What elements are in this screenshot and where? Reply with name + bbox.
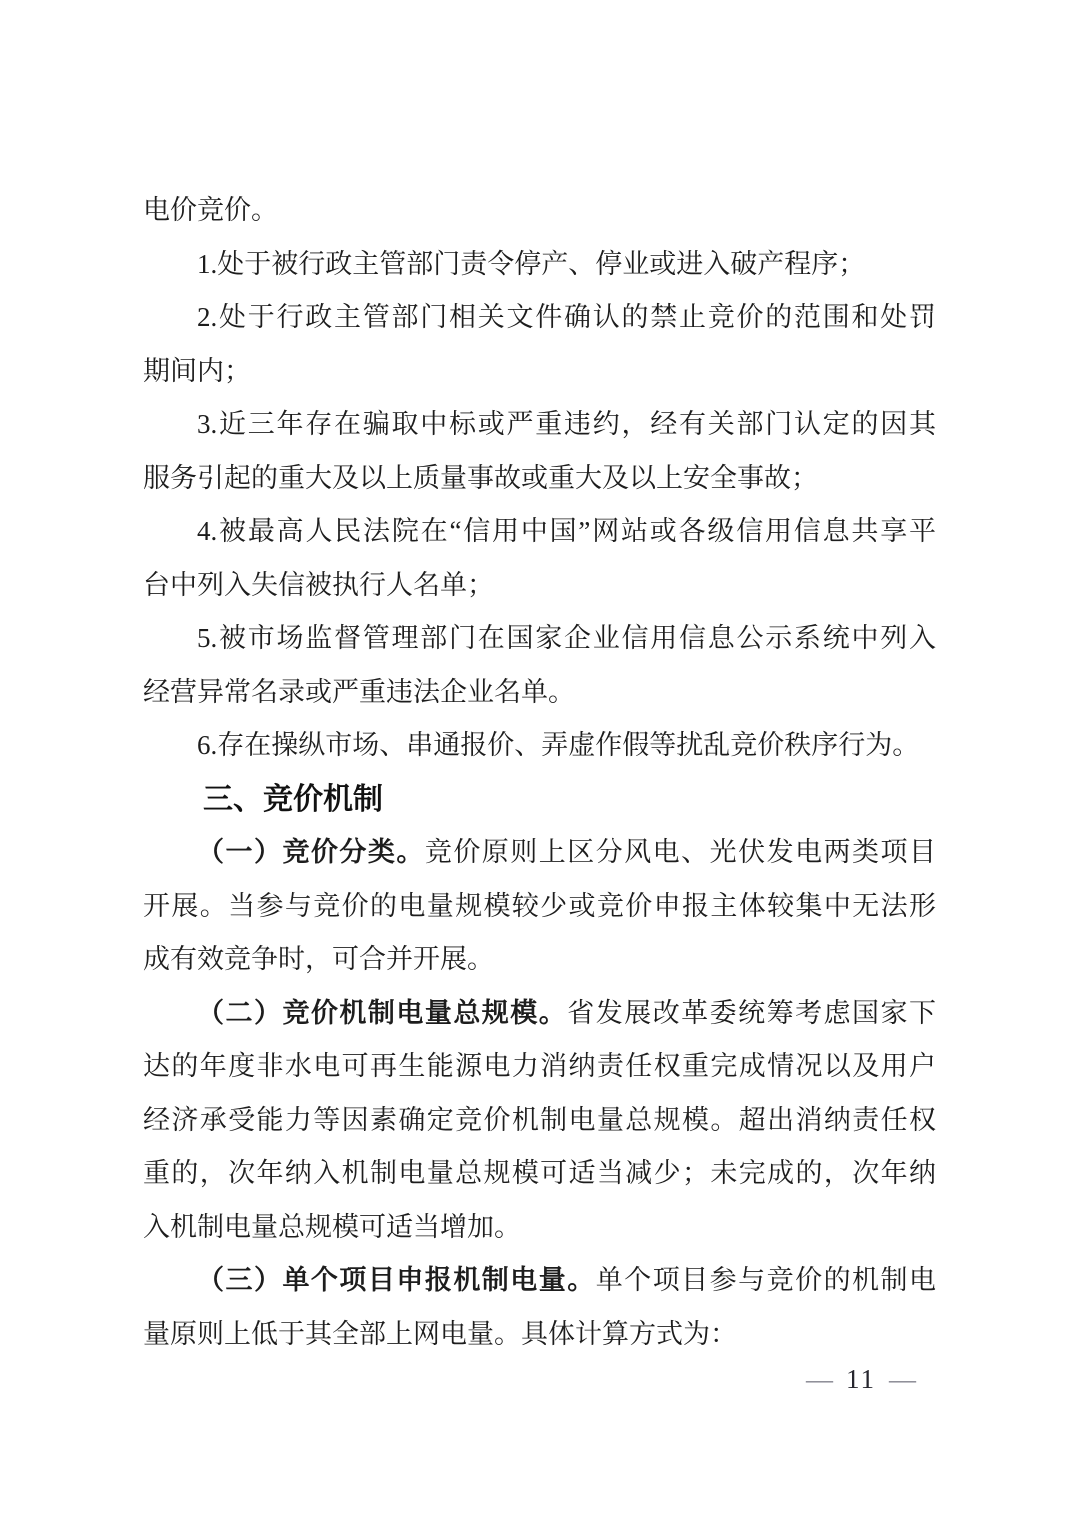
body-line: 成有效竞争时，可合并开展。 xyxy=(143,933,936,987)
clause-title: （二）竞价机制电量总规模。 xyxy=(197,998,567,1028)
body-line: 台中列入失信被执行人名单； xyxy=(143,559,936,613)
page-number-dash-right: — xyxy=(889,1364,916,1395)
body-line: 量原则上低于其全部上网电量。具体计算方式为： xyxy=(143,1308,936,1362)
body-line: 电价竞价。 xyxy=(143,184,936,238)
body-line: 2.处于行政主管部门相关文件确认的禁止竞价的范围和处罚 xyxy=(143,291,936,345)
page-number-dash-left: — xyxy=(806,1364,833,1395)
body-line: 4.被最高人民法院在“信用中国”网站或各级信用信息共享平 xyxy=(143,505,936,559)
body-line: （二）竞价机制电量总规模。省发展改革委统筹考虑国家下 xyxy=(143,987,936,1041)
body-line: 开展。当参与竞价的电量规模较少或竞价申报主体较集中无法形 xyxy=(143,880,936,934)
body-line: 重的，次年纳入机制电量总规模可适当减少；未完成的，次年纳 xyxy=(143,1147,936,1201)
body-line: （三）单个项目申报机制电量。单个项目参与竞价的机制电 xyxy=(143,1254,936,1308)
body-line: 6.存在操纵市场、串通报价、弄虚作假等扰乱竞价秩序行为。 xyxy=(143,719,936,773)
body-line: 期间内； xyxy=(143,345,936,399)
section-heading: 三、竞价机制 xyxy=(143,773,936,827)
document-body: 电价竞价。 1.处于被行政主管部门责令停产、停业或进入破产程序； 2.处于行政主… xyxy=(143,184,936,1361)
body-line: 入机制电量总规模可适当增加。 xyxy=(143,1201,936,1255)
body-line: （一）竞价分类。竞价原则上区分风电、光伏发电两类项目 xyxy=(143,826,936,880)
clause-title: （三）单个项目申报机制电量。 xyxy=(197,1265,596,1295)
page-number: — 11 — xyxy=(806,1358,916,1400)
body-line: 3.近三年存在骗取中标或严重违约，经有关部门认定的因其 xyxy=(143,398,936,452)
clause-text: 竞价原则上区分风电、光伏发电两类项目 xyxy=(425,837,936,867)
clause-title: （一）竞价分类。 xyxy=(197,837,425,867)
body-line: 1.处于被行政主管部门责令停产、停业或进入破产程序； xyxy=(143,238,936,292)
clause-text: 省发展改革委统筹考虑国家下 xyxy=(567,998,936,1028)
body-line: 服务引起的重大及以上质量事故或重大及以上安全事故； xyxy=(143,452,936,506)
body-line: 5.被市场监督管理部门在国家企业信用信息公示系统中列入 xyxy=(143,612,936,666)
body-line: 经营异常名录或严重违法企业名单。 xyxy=(143,666,936,720)
document-page: 电价竞价。 1.处于被行政主管部门责令停产、停业或进入破产程序； 2.处于行政主… xyxy=(0,0,1080,1527)
body-line: 达的年度非水电可再生能源电力消纳责任权重完成情况以及用户 xyxy=(143,1040,936,1094)
clause-text: 单个项目参与竞价的机制电 xyxy=(596,1265,936,1295)
page-number-value: 11 xyxy=(846,1364,876,1395)
body-line: 经济承受能力等因素确定竞价机制电量总规模。超出消纳责任权 xyxy=(143,1094,936,1148)
